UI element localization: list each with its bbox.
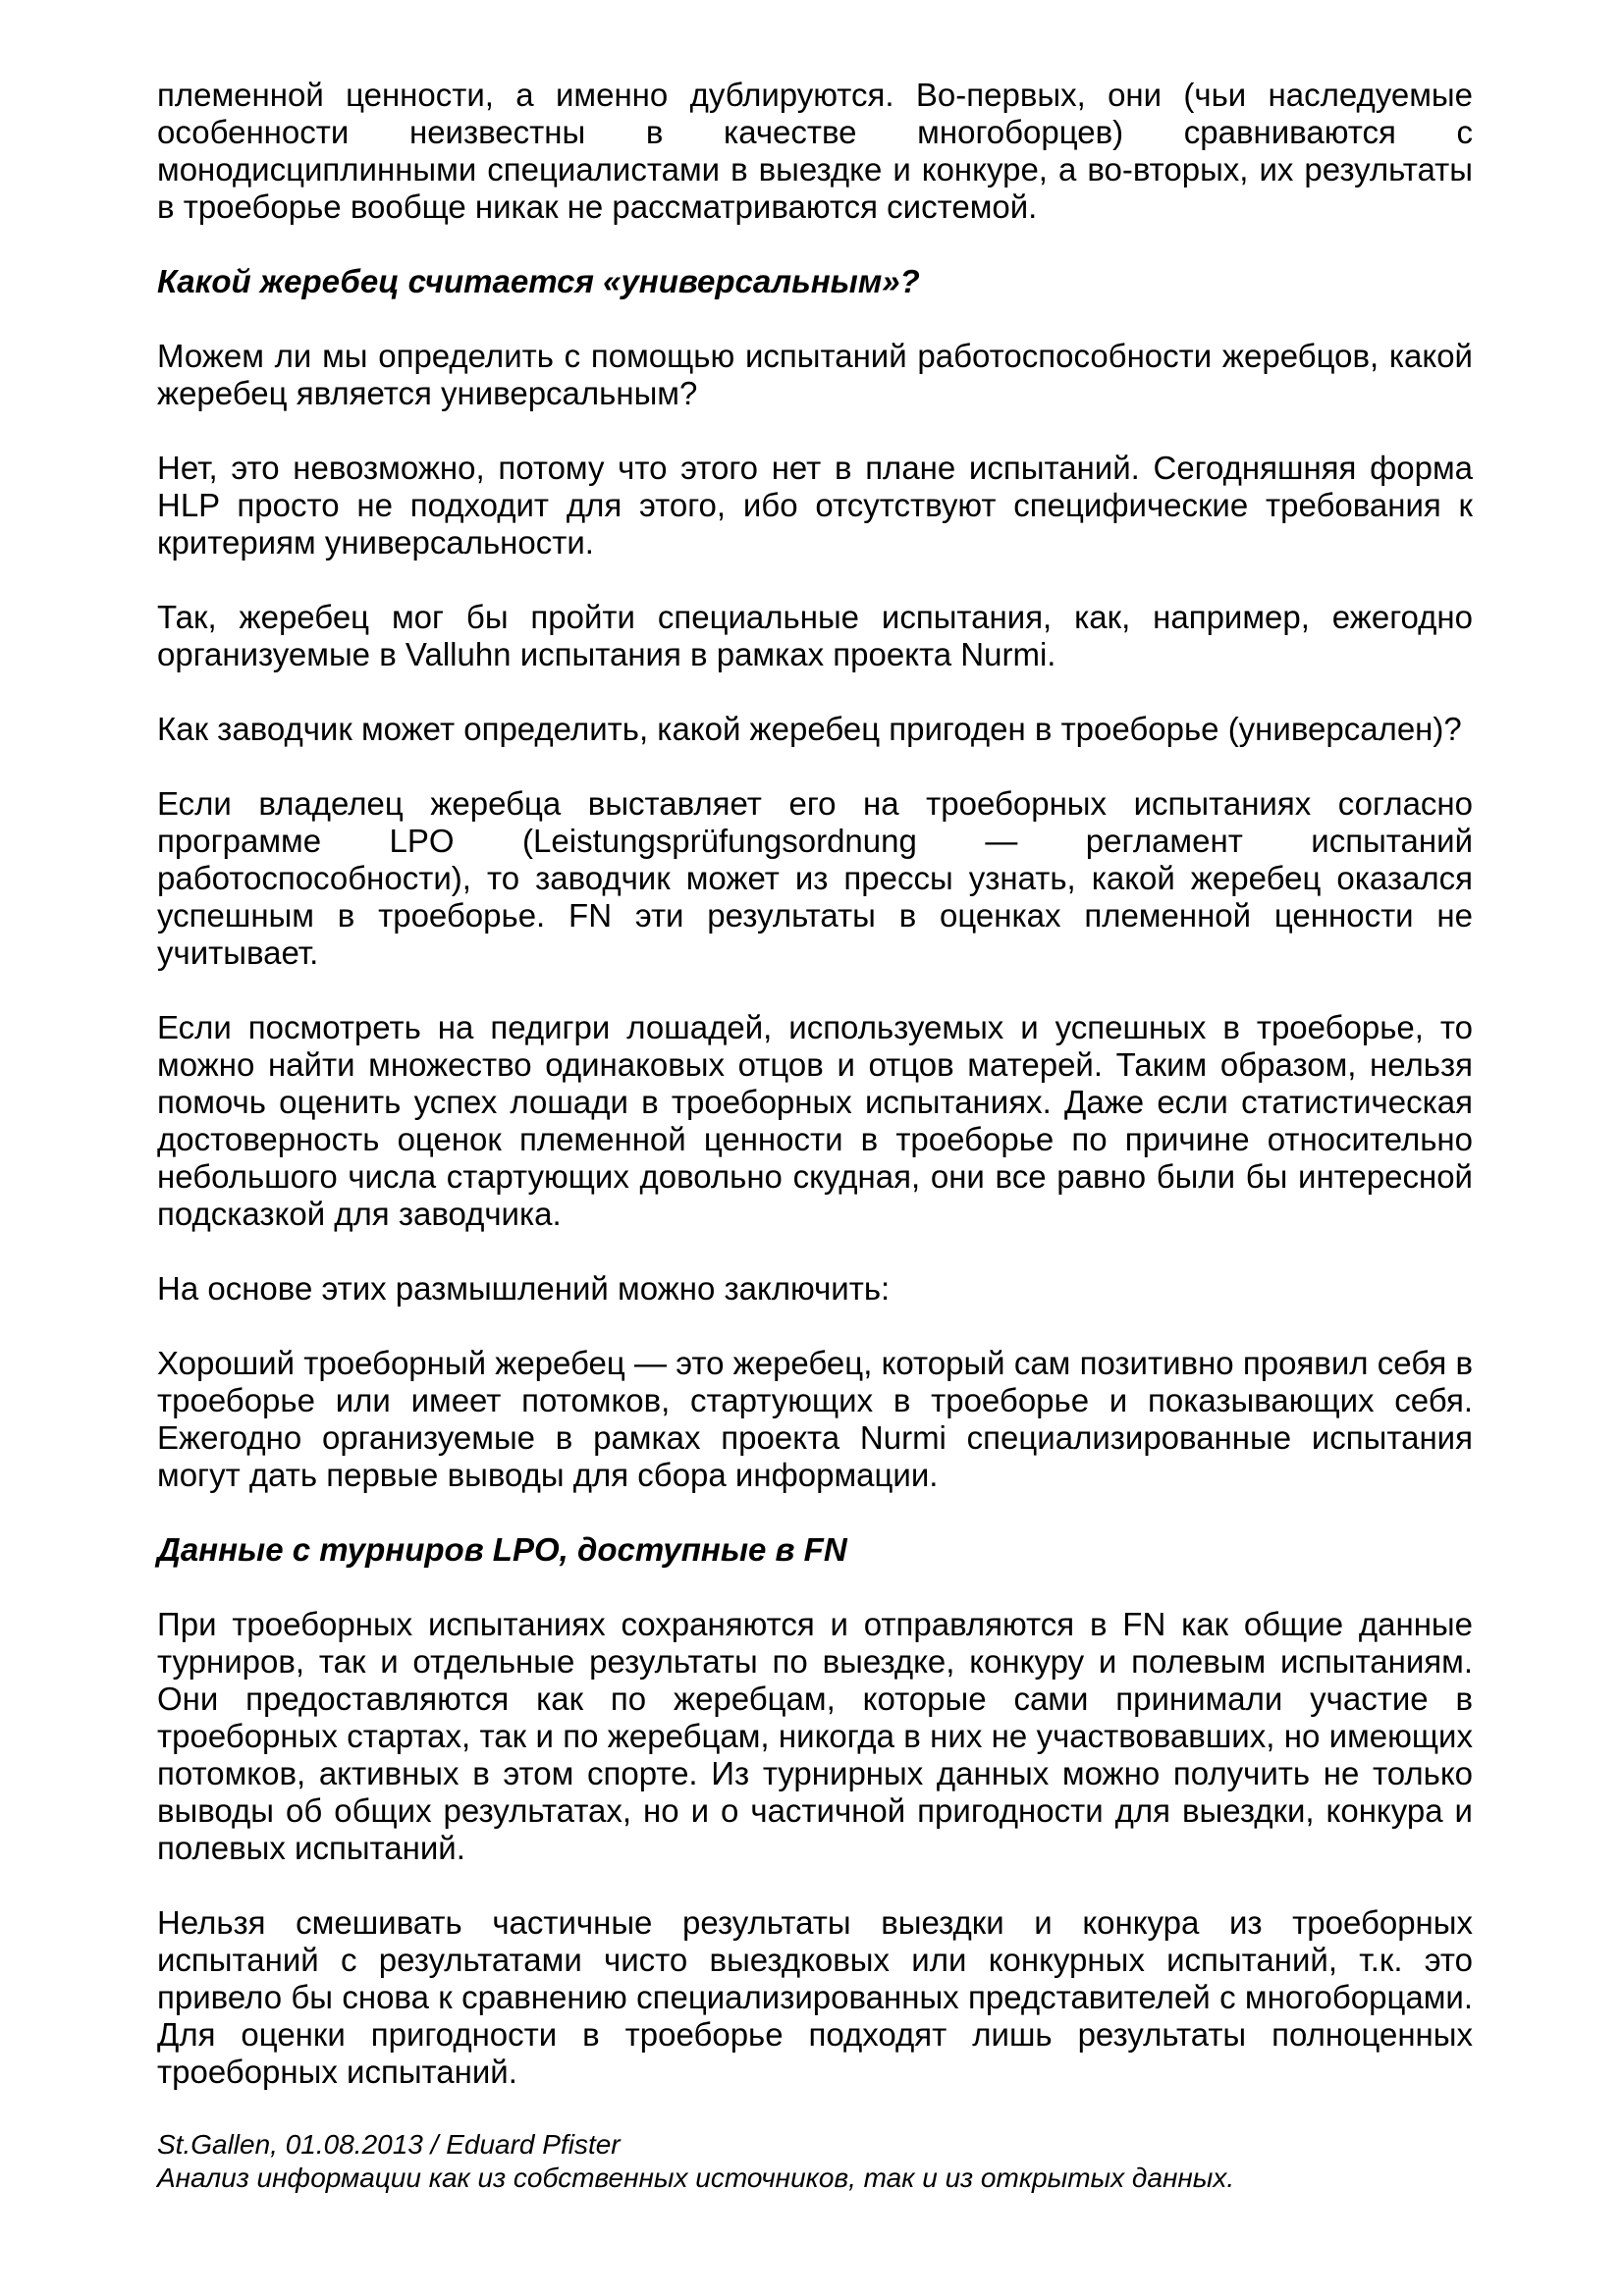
paragraph-do-not-mix-results: Нельзя смешивать частичные результаты вы… <box>157 1904 1473 2091</box>
paragraph-good-eventing-stallion: Хороший троеборный жеребец — это жеребец… <box>157 1345 1473 1494</box>
footer: St.Gallen, 01.08.2013 / Eduard Pfister А… <box>157 2128 1473 2195</box>
paragraph-breeder-question: Как заводчик может определить, какой жер… <box>157 711 1473 748</box>
paragraph-breeding-value: племенной ценности, а именно дублируются… <box>157 77 1473 226</box>
section-heading-lpo-data-fn: Данные с турниров LPO, доступные в FN <box>157 1531 1473 1569</box>
paragraph-can-we-determine: Можем ли мы определить с помощью испытан… <box>157 338 1473 412</box>
paragraph-pedigrees: Если посмотреть на педигри лошадей, испо… <box>157 1009 1473 1233</box>
paragraph-valluhn-nurmi: Так, жеребец мог бы пройти специальные и… <box>157 599 1473 673</box>
paragraph-tournament-data: При троеборных испытаниях сохраняются и … <box>157 1606 1473 1867</box>
section-heading-universal-stallion: Какой жеребец считается «универсальным»? <box>157 263 1473 300</box>
paragraph-lpo-program: Если владелец жеребца выставляет его на … <box>157 785 1473 972</box>
document-page: племенной ценности, а именно дублируются… <box>0 0 1623 2296</box>
paragraph-not-possible-hlp: Нет, это невозможно, потому что этого не… <box>157 450 1473 561</box>
footer-place-date-author: St.Gallen, 01.08.2013 / Eduard Pfister <box>157 2128 1473 2162</box>
paragraph-conclusion-intro: На основе этих размышлений можно заключи… <box>157 1270 1473 1308</box>
footer-source-note: Анализ информации как из собственных ист… <box>157 2162 1473 2195</box>
